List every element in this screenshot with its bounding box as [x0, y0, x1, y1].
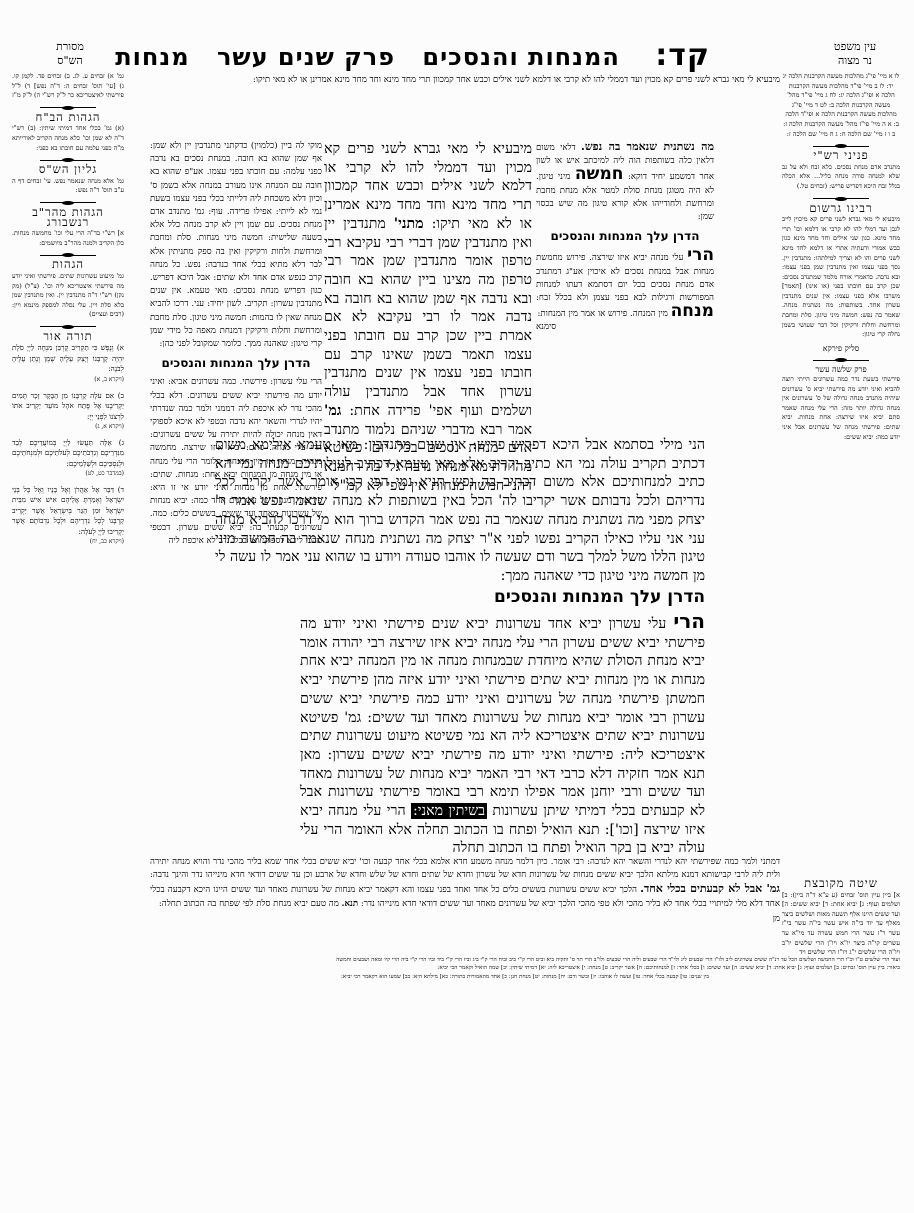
footnote-line-1: ועוד הרי שלשים ט"ו וכ"ו הרי החמשה ושלשים… [150, 956, 900, 964]
gilyon-hashas-text: גמ' אלא מנחה שנאמר נפש. עי' זבחים דף ה ע… [12, 177, 124, 196]
right-margin: לו א מיי' פי"ג מהלכות מעשה הקרבנות הלכה … [782, 72, 900, 442]
daf-number: קד: [655, 38, 710, 73]
mishna-text: מתנדבין יין ואין מתנדבין שמן דברי רבי עק… [324, 216, 532, 419]
perek-label: פרק שנים עשר [217, 43, 395, 71]
rabbeinu-gershom-title: רבינו גרשום [782, 204, 900, 214]
gemara-new-perek: הרי עלי עשרון יביא אחד עשרונות יביא שנים… [300, 612, 705, 858]
perek-opening-word: הרי [673, 609, 705, 633]
hashas-heading: הש"ס [40, 54, 100, 68]
shita-mekubetzet-title: שיטה מקובצת [782, 879, 900, 889]
ornament-divider-icon [813, 197, 869, 201]
ornament-divider-icon [40, 106, 96, 110]
pnei-rashi-text: מתנדב אדם מנחת נסכים. כלא זבח ולא על גב … [782, 163, 900, 192]
torah-or-verse-4: ד) דַּבֵּר אֶל אַהֲרֹן וְאֶל בָּנָיו וְא… [12, 485, 124, 538]
rashi-hadran: הדרן עלך המנחות והנסכים [150, 357, 322, 370]
gemara-label: גמ' [324, 403, 341, 419]
rabbeinu-gershom-text: מיבעיא לי מאי גברא לשני פרים קא מיכוין ל… [782, 215, 900, 340]
mesoret-hashas-text: גמ' א) זבחים ע. לג. ב) זבחים פד. לקמן קו… [12, 72, 124, 101]
page-header: קד: המנחות והנסכים פרק שנים עשר מנחות [300, 38, 710, 73]
highlighted-phrase[interactable]: בשיתין מאני: [411, 803, 487, 819]
torah-or-source-4: (ויקרא כב, יח) [12, 537, 124, 547]
tosafot-dh-mincha: מנחה [671, 301, 714, 321]
torah-or-title: תורה אור [12, 332, 124, 342]
ein-mishpat-text: לו א מיי' פי"ג מהלכות מעשה הקרבנות הלכה … [782, 72, 900, 139]
gemara-reasoning: הני מילי בסתמא אבל היכא דפריש פריש: אין … [215, 437, 705, 584]
mesoret-heading: מסורת [40, 40, 100, 54]
lower-commentary-tana: תנא. [342, 899, 359, 909]
catchword: מן [150, 913, 780, 926]
next-perek-text: פירשתי בשעת נדר כמה עשרונים הייתי רוצה ל… [782, 375, 900, 442]
next-perek-title: פרק שלשה עשר [782, 365, 900, 375]
tosafot-siman: סימנא [536, 321, 714, 334]
ein-mishpat-heading: עין משפט [820, 40, 890, 54]
chapter-name: המנחות והנסכים [422, 43, 620, 71]
gemara-hadran: הדרן עלך המנחות והנסכים [215, 588, 705, 607]
hagahot-text: גמ' מיעוט עשרונות שתים. פירשתי ואיני יוד… [12, 272, 124, 320]
ornament-divider-icon [40, 201, 96, 205]
top-commentary-band: מיבעיא לי מאי גברא לשני פרים קא מכוין וע… [150, 74, 780, 87]
rashi-text-1: מוקי לה ביין (כלמוין) כדקתני מתנדבין יין… [150, 141, 322, 217]
tosafot-dh-chamisha: חמשה [575, 164, 624, 184]
tractate-name: מנחות [115, 43, 189, 71]
ornament-divider-icon [813, 358, 869, 362]
ornament-divider-icon [40, 158, 96, 162]
rashi-text-2: עוף: גמ' מתנדב אדם מנחת נסכים. עם שמן וי… [150, 207, 322, 349]
tosafot-heading: מה נשתנית שנאמר בה נפש. [581, 140, 714, 153]
lower-commentary-gm: גמ' אבל לא קבעתים בכלי אחד. [640, 882, 780, 895]
torah-or-source-2: (ויקרא א, ג) [12, 422, 124, 432]
rashburg-text: א] רש"י בד"ה הרי עלי וכו' מחמשה מנחות. כ… [12, 229, 124, 248]
hagahot-habach-text: (א) גמ' בכלי אחד דמיתי שיתין: (ב) רש"י ד… [12, 124, 124, 153]
tosafot-hadran: הדרן עלך המנחות והנסכים [536, 230, 714, 243]
pnei-rashi-title: פניני רש"י [782, 151, 900, 161]
ein-mishpat-label: עין משפט נר מצוה [820, 40, 890, 68]
tosafot-dh-harei: הרי [687, 245, 714, 265]
rashburg-title: הגהות מהר"ב רנשבורג [12, 208, 124, 227]
lower-commentary-text-3: מה טעם יביא מנחת סלת לפי שפתח בה הכתוב ת… [159, 899, 339, 909]
hagahot-title: הגהות [12, 260, 124, 270]
footnotes: ועוד הרי שלשים ט"ו וכ"ו הרי החמשה ושלשים… [150, 956, 900, 981]
ornament-divider-icon [40, 253, 96, 257]
mishna-harei-alai: עלי עשרון יביא אחד עשרונות יביא שנים פיר… [300, 616, 705, 726]
mishna-label: מתני' [394, 216, 424, 232]
tosafot-column: מה נשתנית שנאמר בה נפש. דלאי משום דלאין … [536, 140, 714, 335]
ner-mitzvah-heading: נר מצוה [820, 54, 890, 68]
left-margin: גמ' א) זבחים ע. לג. ב) זבחים פד. לקמן קו… [12, 72, 124, 547]
ornament-divider-icon [40, 325, 96, 329]
torah-or-source-1: (ויקרא ב, א) [12, 375, 124, 385]
ornament-divider-icon [813, 144, 869, 148]
torah-or-verse-2: ב) אִם עֹלָה קָרְבָּנוֹ מִן הַבָּקָר זָכ… [12, 391, 124, 423]
gemara-middle: הני מילי בסתמא אבל היכא דפריש פריש: אין … [215, 436, 705, 612]
lower-commentary-text-1: דמתני ולמר כמה שפירשתי יהא לנדרי והשאר י… [150, 857, 780, 880]
lower-commentary: דמתני ולמר כמה שפירשתי יהא לנדרי והשאר י… [150, 856, 780, 926]
torah-or-source-3: (במדבר כט, לט) [12, 469, 124, 479]
hagahot-habach-title: הגהות הב"ח [12, 113, 124, 123]
footnote-line-3: בין שנים: טו] קבעה בכלי אחד: טז] ועשה לו… [150, 973, 900, 981]
shita-mekubetzet: שיטה מקובצת א] ביין עיין תוס' זבחים (ע ע… [782, 876, 900, 958]
footnote-line-2: ביאור: ביין עיין תוס' זבחים: ב] ושלמים ו… [150, 964, 900, 972]
top-band-dibbur-hamatchil: מיבעיא לי מאי גברא לשני פרים קא מכוין וע… [253, 75, 780, 85]
siyum-perek: סליק פירקא [782, 344, 900, 354]
gilyon-hashas-title: גליון הש"ס [12, 165, 124, 175]
shita-mekubetzet-text: א] ביין עיין תוס' זבחים (ע ע"א ד"ה ביין)… [782, 891, 900, 958]
torah-or-verse-1: א) וְנֶפֶשׁ כִּי תַקְרִיב קָרְבַּן מִנְח… [12, 343, 124, 375]
torah-or-verse-3: ג) אֵלֶּה תַּעֲשׂוּ לַיְיָ בְּמוֹעֲדֵיכֶ… [12, 438, 124, 470]
mesoret-label: מסורת הש"ס [40, 40, 100, 68]
tosafot-text-4: מין המנחה. פירוש או אמר מין המנחות: [537, 309, 667, 319]
